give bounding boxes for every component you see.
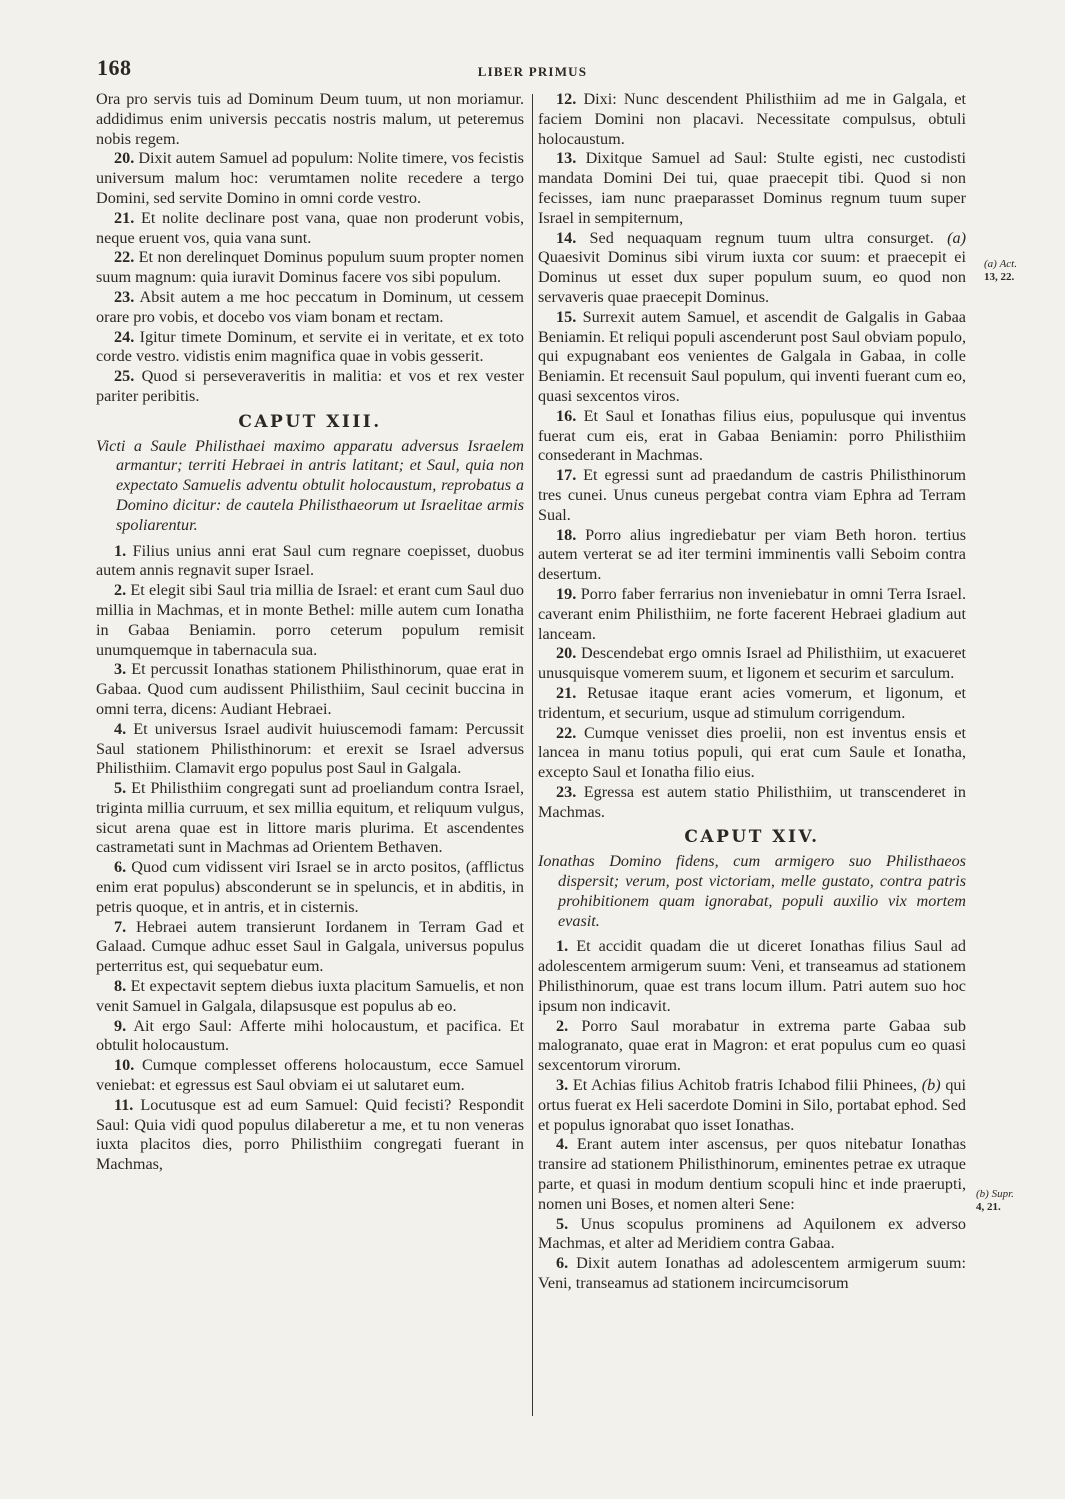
- running-head: LIBER PRIMUS: [0, 64, 1065, 80]
- verse-text: Dixitque Samuel ad Saul: Stulte egisti, …: [538, 149, 966, 226]
- verse-number: 1.: [114, 542, 126, 560]
- continuation-text: Ora pro servis tuis ad Dominum Deum tuum…: [96, 90, 524, 149]
- margin-note-source: Act.: [1000, 258, 1017, 270]
- chapter-title: CAPUT XIV.: [538, 828, 966, 848]
- verse: 22. Et non derelinquet Dominus populum s…: [96, 248, 524, 288]
- verse-number: 25.: [114, 367, 134, 385]
- verse: 23. Absit autem a me hoc peccatum in Dom…: [96, 288, 524, 328]
- verse-text: Erant autem inter ascensus, per quos nit…: [538, 1135, 966, 1212]
- margin-note-location: 13, 22.: [984, 271, 1017, 284]
- verse-text: Dixi: Nunc descendent Philisthiim ad me …: [538, 90, 966, 148]
- verse-number: 9.: [114, 1017, 126, 1035]
- margin-note-location: 4, 21.: [976, 1201, 1014, 1214]
- verse: 5. Et Philisthiim congregati sunt ad pro…: [96, 779, 524, 858]
- verse-text: Dixit autem Samuel ad populum: Nolite ti…: [96, 149, 524, 207]
- verse-text: Quaesivit Dominus sibi virum iuxta cor s…: [538, 248, 966, 306]
- verse: 16. Et Saul et Ionathas filius eius, pop…: [538, 407, 966, 466]
- verse: 21. Et nolite declinare post vana, quae …: [96, 209, 524, 249]
- verse-number: 8.: [114, 977, 126, 995]
- verse: 22. Cumque venisset dies proelii, non es…: [538, 724, 966, 783]
- verse-text: Absit autem a me hoc peccatum in Dominum…: [96, 288, 524, 326]
- verse-number: 2.: [556, 1017, 568, 1035]
- verse-text: Surrexit autem Samuel, et ascendit de Ga…: [538, 308, 966, 405]
- verse-number: 18.: [556, 526, 576, 544]
- verse-text: Porro faber ferrarius non inveniebatur i…: [538, 585, 966, 643]
- verse: 17. Et egressi sunt ad praedandum de cas…: [538, 466, 966, 525]
- verse: 19. Porro faber ferrarius non inveniebat…: [538, 585, 966, 644]
- verse-text: Quod cum vidissent viri Israel se in arc…: [96, 858, 524, 916]
- verse: 7. Hebraei autem transierunt Iordanem in…: [96, 918, 524, 977]
- verse: 25. Quod si perseveraveritis in malitia:…: [96, 367, 524, 407]
- verse-number: 6.: [556, 1254, 568, 1272]
- margin-note: (a) Act. 13, 22.: [984, 258, 1017, 284]
- verse-number: 23.: [114, 288, 134, 306]
- verse-number: 10.: [114, 1056, 134, 1074]
- verse-text: Descendebat ergo omnis Israel ad Philist…: [538, 644, 966, 682]
- verse: 3. Et percussit Ionathas stationem Phili…: [96, 660, 524, 719]
- verse-number: 15.: [556, 308, 576, 326]
- verse-number: 24.: [114, 328, 134, 346]
- verse-number: 3.: [556, 1076, 568, 1094]
- verse-text: Hebraei autem transierunt Iordanem in Te…: [96, 918, 524, 976]
- verse: 9. Ait ergo Saul: Afferte mihi holocaust…: [96, 1017, 524, 1057]
- verse: 1. Filius unius anni erat Saul cum regna…: [96, 542, 524, 582]
- verse-number: 5.: [114, 779, 126, 797]
- verse-text: Et Achias filius Achitob fratris Ichabod…: [573, 1076, 922, 1094]
- verse-number: 13.: [556, 149, 576, 167]
- chapter-title: CAPUT XIII.: [96, 413, 524, 433]
- verse-number: 22.: [114, 248, 134, 266]
- verse: 13. Dixitque Samuel ad Saul: Stulte egis…: [538, 149, 966, 228]
- verse-number: 20.: [114, 149, 134, 167]
- verse: 2. Porro Saul morabatur in extrema parte…: [538, 1017, 966, 1076]
- right-column: 12. Dixi: Nunc descendent Philisthiim ad…: [538, 90, 966, 1294]
- verse: 12. Dixi: Nunc descendent Philisthiim ad…: [538, 90, 966, 149]
- margin-note-ref: (b): [976, 1188, 989, 1200]
- verse-number: 23.: [556, 783, 576, 801]
- verse: 3. Et Achias filius Achitob fratris Icha…: [538, 1076, 966, 1135]
- verse-text: Porro alius ingrediebatur per viam Beth …: [538, 526, 966, 584]
- verse-text: Porro Saul morabatur in extrema parte Ga…: [538, 1017, 966, 1075]
- verse-number: 20.: [556, 644, 576, 662]
- verse-number: 2.: [114, 581, 126, 599]
- verse-text: Et egressi sunt ad praedandum de castris…: [538, 466, 966, 524]
- left-column: Ora pro servis tuis ad Dominum Deum tuum…: [96, 90, 524, 1175]
- verse: 6. Dixit autem Ionathas ad adolescentem …: [538, 1254, 966, 1294]
- verse-number: 7.: [114, 918, 126, 936]
- footnote-ref[interactable]: (a): [947, 229, 966, 247]
- verse-text: Unus scopulus prominens ad Aquilonem ex …: [538, 1215, 966, 1253]
- verse-text: Sed nequaquam regnum tuum ultra consurge…: [590, 229, 948, 247]
- verse-text: Et percussit Ionathas stationem Philisth…: [96, 660, 524, 718]
- verse-text: Cumque complesset offerens holocaustum, …: [96, 1056, 524, 1094]
- verse-number: 1.: [556, 937, 568, 955]
- verse: 4. Et universus Israel audivit huiuscemo…: [96, 720, 524, 779]
- margin-note: (b) Supr. 4, 21.: [976, 1188, 1014, 1214]
- verse: 20. Dixit autem Samuel ad populum: Nolit…: [96, 149, 524, 208]
- verse-number: 21.: [556, 684, 576, 702]
- verse-text: Cumque venisset dies proelii, non est in…: [538, 724, 966, 782]
- verse-text: Et Saul et Ionathas filius eius, populus…: [538, 407, 966, 465]
- column-divider: [532, 94, 533, 1416]
- verse-text: Et elegit sibi Saul tria millia de Israe…: [96, 581, 524, 658]
- verse-text: Et non derelinquet Dominus populum suum …: [96, 248, 524, 286]
- verse-number: 11.: [114, 1096, 133, 1114]
- verse-text: Et universus Israel audivit huiuscemodi …: [96, 720, 524, 778]
- verse-number: 14.: [556, 229, 576, 247]
- footnote-ref[interactable]: (b): [922, 1076, 941, 1094]
- verse-text: Ait ergo Saul: Afferte mihi holocaustum,…: [96, 1017, 524, 1055]
- verse-text: Locutusque est ad eum Samuel: Quid fecis…: [96, 1096, 524, 1173]
- verse-text: Quod si perseveraveritis in malitia: et …: [96, 367, 524, 405]
- verse-number: 4.: [114, 720, 126, 738]
- verse: 1. Et accidit quadam die ut diceret Iona…: [538, 937, 966, 1016]
- verse-text: Filius unius anni erat Saul cum regnare …: [96, 542, 524, 580]
- verse-number: 17.: [556, 466, 576, 484]
- verse-number: 3.: [114, 660, 126, 678]
- verse: 5. Unus scopulus prominens ad Aquilonem …: [538, 1215, 966, 1255]
- verse: 11. Locutusque est ad eum Samuel: Quid f…: [96, 1096, 524, 1175]
- verse-number: 4.: [556, 1135, 568, 1153]
- verse-text: Et nolite declinare post vana, quae non …: [96, 209, 524, 247]
- verse-text: Et Philisthiim congregati sunt ad proeli…: [96, 779, 524, 856]
- chapter-summary: Ionathas Domino fidens, cum armigero suo…: [538, 852, 966, 931]
- verse: 4. Erant autem inter ascensus, per quos …: [538, 1135, 966, 1214]
- verse-number: 21.: [114, 209, 134, 227]
- verse-text: Egressa est autem statio Philisthiim, ut…: [538, 783, 966, 821]
- verse-number: 12.: [556, 90, 576, 108]
- verse-text: Retusae itaque erant acies vomerum, et l…: [538, 684, 966, 722]
- verse: 15. Surrexit autem Samuel, et ascendit d…: [538, 308, 966, 407]
- margin-note-ref: (a): [984, 258, 997, 270]
- verse: 21. Retusae itaque erant acies vomerum, …: [538, 684, 966, 724]
- verse: 14. Sed nequaquam regnum tuum ultra cons…: [538, 229, 966, 308]
- verse: 24. Igitur timete Dominum, et servite ei…: [96, 328, 524, 368]
- verse: 10. Cumque complesset offerens holocaust…: [96, 1056, 524, 1096]
- verse-number: 19.: [556, 585, 576, 603]
- verse-number: 6.: [114, 858, 126, 876]
- verse-text: Igitur timete Dominum, et servite ei in …: [96, 328, 524, 366]
- verse: 2. Et elegit sibi Saul tria millia de Is…: [96, 581, 524, 660]
- verse: 18. Porro alius ingrediebatur per viam B…: [538, 526, 966, 585]
- verse-text: Dixit autem Ionathas ad adolescentem arm…: [538, 1254, 966, 1292]
- chapter-summary: Victi a Saule Philisthaei maximo apparat…: [96, 437, 524, 536]
- verse: 8. Et expectavit septem diebus iuxta pla…: [96, 977, 524, 1017]
- verse-number: 22.: [556, 724, 576, 742]
- verse-number: 5.: [556, 1215, 568, 1233]
- verse: 20. Descendebat ergo omnis Israel ad Phi…: [538, 644, 966, 684]
- verse: 23. Egressa est autem statio Philisthiim…: [538, 783, 966, 823]
- verse-number: 16.: [556, 407, 576, 425]
- verse-text: Et accidit quadam die ut diceret Ionatha…: [538, 937, 966, 1014]
- margin-note-source: Supr.: [992, 1188, 1014, 1200]
- verse: 6. Quod cum vidissent viri Israel se in …: [96, 858, 524, 917]
- verse-text: Et expectavit septem diebus iuxta placit…: [96, 977, 524, 1015]
